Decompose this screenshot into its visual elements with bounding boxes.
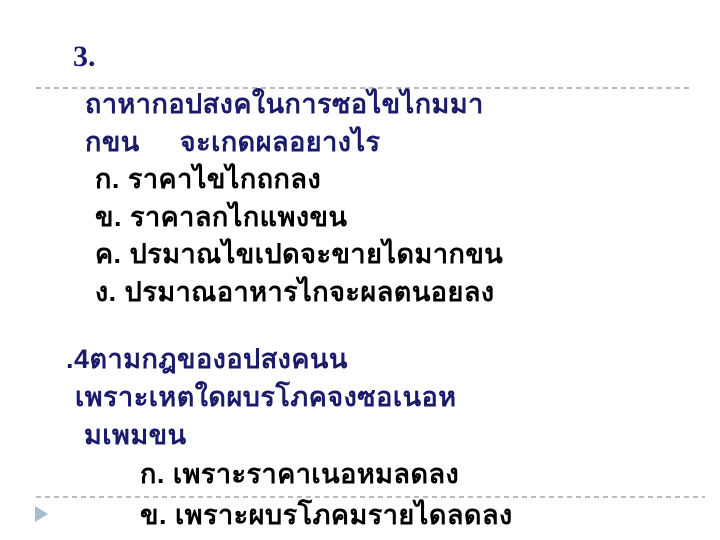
bottom-dashed-divider	[36, 496, 705, 498]
right-triangle-icon	[35, 506, 48, 522]
question3-option-b: ข. ราคาลกไกแพงขน	[95, 204, 347, 231]
slide-number: 3.	[73, 42, 96, 72]
question3-option-a: ก. ราคาไขไกถกลง	[95, 166, 321, 193]
question4-option-b: ข. เพราะผบรโภคมรายไดลดลง	[140, 502, 513, 529]
question4-line3: มเพมขน	[84, 422, 187, 449]
question3-line2: กขน จะเกดผลอยางไร	[85, 129, 381, 156]
question3-option-d: ง. ปรมาณอาหารไกจะผลตนอยลง	[95, 279, 495, 306]
question4-option-a: ก. เพราะราคาเนอหมลดลง	[140, 461, 459, 488]
question4-line2: เพราะเหตใดผบรโภคจงซอเนอห	[75, 384, 457, 411]
slide: 3. ถาหากอปสงคในการซอไขไกมมา กขน จะเกดผลอ…	[0, 0, 720, 540]
question3-line1: ถาหากอปสงคในการซอไขไกมมา	[85, 91, 484, 118]
question4-line1: .4ตามกฎของอปสงคนน	[66, 346, 348, 373]
question3-option-c: ค. ปรมาณไขเปดจะขายไดมากขน	[95, 241, 503, 268]
